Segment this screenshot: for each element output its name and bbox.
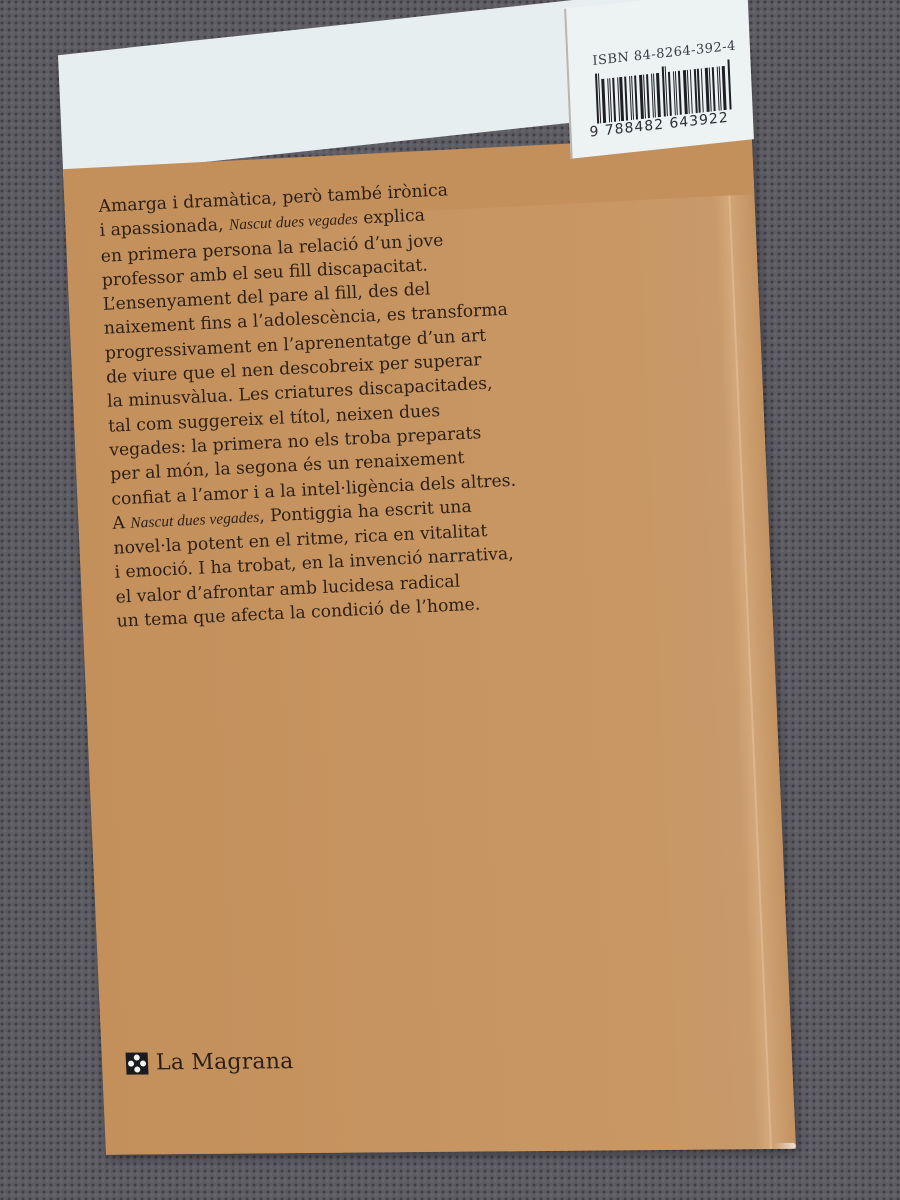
barcode-bar bbox=[727, 59, 731, 109]
barcode-bar bbox=[646, 74, 650, 118]
blurb-run: i apassionada, bbox=[99, 215, 229, 241]
spine-fold-line bbox=[727, 171, 772, 1149]
barcode-bar bbox=[601, 79, 606, 123]
barcode-bar bbox=[678, 71, 682, 115]
barcode-bar bbox=[701, 68, 704, 112]
barcode-bar bbox=[690, 70, 693, 114]
book-back-cover: ISBN 84-8264-392-4 9 788482 643922 Amarg… bbox=[58, 49, 796, 1155]
corner-light-reflection bbox=[774, 1143, 796, 1149]
book-title-italic: Nascut dues vegades bbox=[130, 509, 260, 532]
barcode-bar bbox=[634, 75, 638, 119]
barcode-bar bbox=[722, 66, 727, 110]
blurb-run: explica bbox=[357, 206, 425, 229]
barcode-label: ISBN 84-8264-392-4 9 788482 643922 bbox=[564, 0, 754, 159]
four-dots-square-icon bbox=[126, 1052, 149, 1074]
barcode-bar bbox=[612, 78, 616, 122]
publisher-imprint: La Magrana bbox=[125, 1049, 293, 1075]
publisher-name: La Magrana bbox=[155, 1049, 293, 1075]
barcode-bar bbox=[619, 77, 624, 121]
blurb-text: Amarga i dramàtica, però també irònicai … bbox=[98, 174, 556, 634]
barcode-bar bbox=[624, 76, 628, 120]
barcode-bar bbox=[712, 67, 716, 111]
barcode-bar bbox=[668, 72, 672, 116]
barcode-bar bbox=[656, 73, 661, 117]
book-title-italic: Nascut dues vegades bbox=[229, 211, 359, 234]
blurb-run: A bbox=[112, 513, 131, 534]
